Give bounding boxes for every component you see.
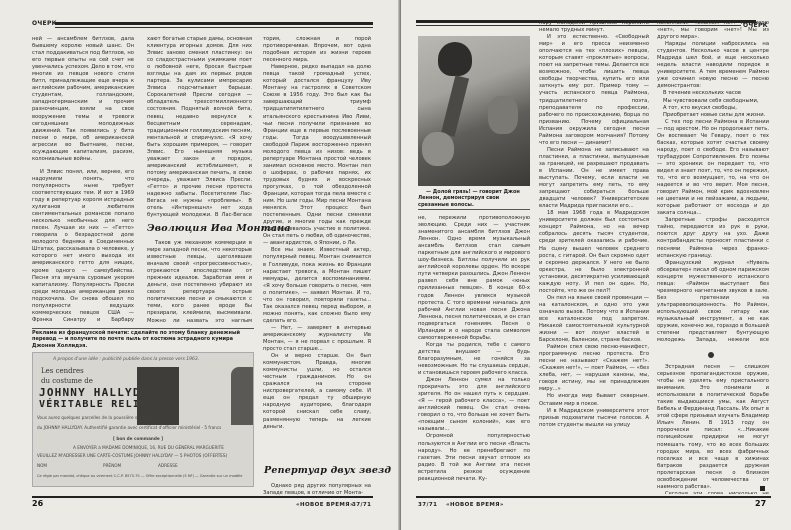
- left-column-2-bottom: Таков уж механизм коммерции в мире запад…: [147, 240, 252, 325]
- footer-rule: [416, 496, 771, 498]
- ad-coupon-line-1: A ENVOYER à MADAME DOMINIQUE, 16, RUE DU…: [73, 445, 224, 451]
- ad-field-adresse: ADRESSE: [158, 463, 178, 469]
- end-of-article-mark: [760, 486, 765, 491]
- paragraph: хают богатые старые дамы, основная клиен…: [147, 36, 252, 218]
- page-number-left: 26: [32, 499, 43, 508]
- left-page: ОЧЕРК ней — ансамблем битлзов, дала бывш…: [0, 0, 400, 530]
- photo-hair-clump: [438, 42, 472, 76]
- paragraph: Французский журнал «Нувель обсерватер» п…: [657, 260, 769, 345]
- issue-number-right: 37/71: [418, 502, 437, 508]
- paragraph: 18 мая 1968 года в Мадридском университе…: [539, 210, 649, 295]
- ad-body-2: du JOHNNY HALLYDAY. Authentifié garantie…: [37, 425, 221, 431]
- paragraph: Но иногда мир бывает скверным. Оставим м…: [539, 393, 649, 407]
- paragraph: Наряды полиции набросились на студентов.…: [657, 41, 769, 90]
- magazine-name-right: «НОВОЕ ВРЕМЯ»: [446, 502, 504, 508]
- hallyday-advert: A propos d'une idée : publicité publiée …: [32, 352, 254, 487]
- paragraph: пару молодежи пришлось пережить немало т…: [539, 20, 649, 34]
- page-number-right: 27: [755, 499, 766, 508]
- left-column-1: ней — ансамблем битлзов, дала бывшему ко…: [32, 36, 134, 323]
- verse-line: Мы чувствовали себя свободными,: [657, 98, 769, 105]
- left-column-2-top: хают богатые старые дамы, основная клиен…: [147, 36, 252, 218]
- ad-header-line: A propos d'une idée : publicité publiée …: [53, 357, 199, 362]
- photo-face-right: [488, 96, 518, 134]
- paragraph: Все мы знаем. Известный актер, популярны…: [263, 247, 371, 325]
- paragraph: Запретные строфы расходятся тайно, перед…: [657, 217, 769, 259]
- paragraph: И в Мадридском университете этот призыв …: [539, 408, 649, 429]
- header-rule: [55, 22, 373, 25]
- magazine-spread: ОЧЕРК ней — ансамблем битлзов, дала бывш…: [0, 0, 791, 530]
- paragraph: Он и верно старше. Он был коммунистом. П…: [263, 353, 371, 431]
- paragraph: Наверное, редко выпадал на долю певца та…: [263, 64, 371, 247]
- ad-caption: Реклама из французской печати: сделайте …: [32, 330, 254, 349]
- lennon-photo: [418, 36, 530, 186]
- ad-coupon-line-2: VEUILLEZ M'ADRESSER UNE CARTE-COSTUME JO…: [37, 453, 227, 459]
- left-column-3-top: тория, сложная и порой противоречивая. В…: [263, 36, 371, 466]
- verse-line: В течение нескольких часов: [657, 90, 769, 97]
- header-rule-thin: [55, 27, 373, 28]
- photo-caption: — Долой грязь! — говорит Джон Леннон, де…: [418, 189, 530, 208]
- ad-body-1: Vous aurez quelques parcelles de la pous…: [37, 415, 152, 421]
- paragraph: И Элвис понял, или, вернее, его надоумил…: [32, 169, 134, 323]
- section-separator-dot: [708, 352, 714, 358]
- paragraph: Джон Леннон сумел на только прокричать э…: [418, 377, 530, 433]
- paragraph: тория, сложная и порой противоречивая. В…: [263, 36, 371, 64]
- right-column-1: не, пережили противоположную эволюцию. С…: [418, 215, 530, 493]
- paragraph: Когда ты родился, тебе с самого детства …: [418, 342, 530, 377]
- verse-line: Приобретает новые силы для жизни.: [657, 112, 769, 119]
- ad-footnote: Ce règle par mandat, chèque ou virement …: [37, 473, 242, 479]
- paragraph: колоннами: «Скажем нет! Я говорю «нет», …: [657, 20, 769, 41]
- paragraph: Эстрадная песня — слишком серьезное проп…: [657, 364, 769, 491]
- right-page: ОЧЕРК — Долой грязь! — говорит Джон Ленн…: [401, 0, 791, 530]
- paragraph: Огромной популярностью пользуются в Англ…: [418, 433, 530, 482]
- paragraph: Он пел на языке своей провинции — на кат…: [539, 295, 649, 344]
- ad-top-rule: [32, 328, 254, 329]
- paragraph: Таков уж механизм коммерции в мире запад…: [147, 240, 252, 325]
- section-label: ОЧЕРК: [32, 20, 57, 27]
- verse-line: А тот, кто вкусил свободы,: [657, 105, 769, 112]
- ad-coupon-title: [ bon de commande ]: [113, 436, 163, 442]
- photo-raised-arm: [441, 75, 469, 137]
- magazine-name-left: «НОВОЕ ВРЕМЯ»: [296, 502, 354, 508]
- paragraph: — Нет, — заверяет в интервью американско…: [263, 325, 371, 353]
- photo-face-left: [422, 132, 454, 166]
- right-column-2: пару молодежи пришлось пережить немало т…: [539, 20, 649, 493]
- paragraph: Песни Раймона не записывают на пластинки…: [539, 147, 649, 210]
- ad-sketch-figure: [231, 367, 253, 425]
- right-column-3-bottom: Эстрадная песня — слишком серьезное проп…: [657, 364, 769, 494]
- footer-rule: [32, 496, 373, 498]
- paragraph: Однако ряд других популярных на Западе п…: [263, 483, 371, 497]
- paragraph: С тех пор песни Раймона в Испании — под …: [657, 119, 769, 218]
- caption-rule: [418, 209, 530, 210]
- ad-line-cendres: Les cendres: [41, 367, 84, 375]
- paragraph: И это естественно. «Свободный мир» и его…: [539, 34, 649, 147]
- paragraph: не, пережили противоположную эволюцию. С…: [418, 215, 530, 342]
- ad-field-nom: NOM: [37, 463, 47, 469]
- subhead-two-stars: Репертуар двух звезд: [264, 465, 391, 476]
- ad-field-prenom: PRÉNOM: [103, 463, 121, 469]
- paragraph: Раймон спел свою песню-манифест, програм…: [539, 344, 649, 393]
- right-column-3-top: колоннами: «Скажем нет! Я говорю «нет», …: [657, 20, 769, 345]
- ad-line-costume: du costume de: [41, 377, 93, 385]
- issue-number-left: 37/71: [352, 502, 371, 508]
- paragraph: ней — ансамблем битлзов, дала бывшему ко…: [32, 36, 134, 163]
- paragraph: Сегодня эти слова нисколько не утратили …: [657, 491, 769, 494]
